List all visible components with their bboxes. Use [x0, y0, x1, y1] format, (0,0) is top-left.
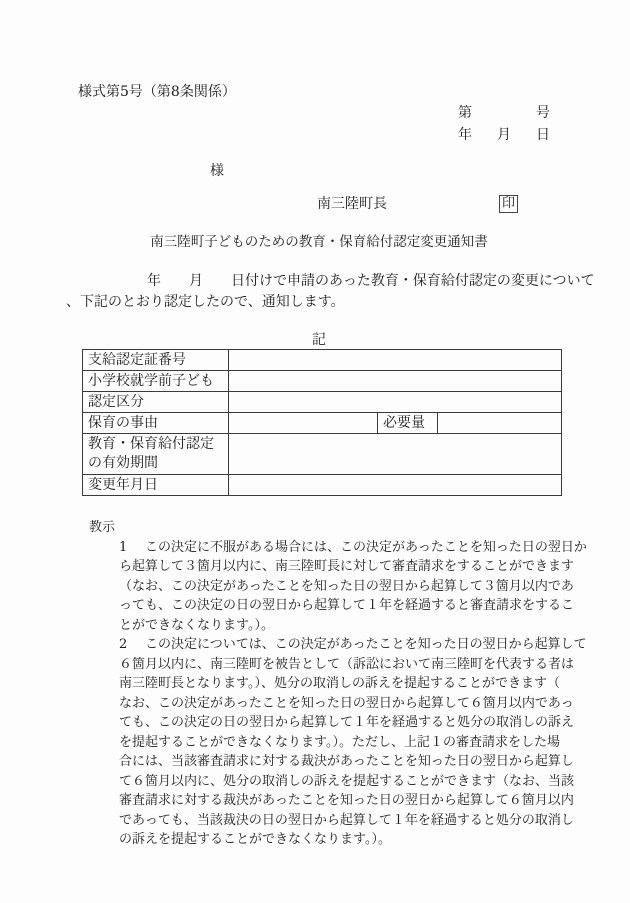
date-month-label: 月	[497, 124, 511, 146]
addressee-line: 様	[210, 162, 560, 180]
note-line: 審査請求に対する裁決があったことを知った日の翌日から起算して６箇月以内	[119, 791, 560, 811]
note-line: であっても、当該裁決の日の翌日から起算して１年を経過すると処分の取消し	[119, 811, 560, 831]
document-title: 南三陸町子どものための教育・保育給付認定変更通知書	[78, 233, 560, 251]
row-label: 認定区分	[83, 392, 229, 413]
form-number: 様式第5号（第8条関係）	[78, 84, 560, 100]
addressee-suffix: 様	[210, 163, 224, 179]
body-line-2: 、下記のとおり認定したので、通知します。	[66, 292, 560, 313]
note-line: 2この決定については、この決定があったことを知った日の翌日から起算して	[119, 635, 560, 655]
doc-number-suffix: 号	[536, 102, 550, 124]
note-line: 合には、当該審査請求に対する裁決があったことを知った日の翌日から起算し	[119, 752, 560, 772]
table-row-preschool-child: 小学校就学前子ども	[83, 371, 562, 392]
date-day-label: 日	[536, 124, 550, 146]
note-line: の訴えを提起することができなくなります。）。	[119, 830, 560, 850]
table-row-certificate-number: 支給認定証番号	[83, 350, 562, 371]
doc-number-line: 第 号	[458, 102, 550, 124]
date-line: 年 月 日	[458, 124, 550, 146]
row-label: 支給認定証番号	[83, 350, 229, 371]
document-page: 様式第5号（第8条関係） 第 号 年 月 日 様 南三陸町長 印 南三陸町子ども…	[0, 0, 630, 903]
doc-header: 第 号 年 月 日	[458, 102, 550, 146]
sender-title: 南三陸町長	[317, 195, 387, 213]
note-line: て６箇月以内に、処分の取消しの訴えを提起することができます（なお、当該	[119, 772, 560, 792]
row-value	[229, 434, 562, 475]
notes-section: 教示 1この決定に不服がある場合には、この決定があったことを知った日の翌日か ら…	[78, 518, 560, 850]
note-line: ても、この決定の日の翌日から起算して１年を経過すると処分の取消しの訴え	[119, 713, 560, 733]
row-value	[229, 413, 378, 434]
note-line: を提起することができなくなります。）。ただし、上記１の審査請求をした場	[119, 733, 560, 753]
row-label: 教育・保育給付認定の有効期間	[83, 434, 229, 475]
table-row-valid-period: 教育・保育給付認定の有効期間	[83, 434, 562, 475]
notes-heading: 教示	[89, 518, 560, 538]
seal-stamp: 印	[499, 195, 518, 213]
table-row-certification-category: 認定区分	[83, 392, 562, 413]
date-year-label: 年	[458, 124, 472, 146]
note-line: ６箇月以内に、南三陸町を被告として（訴訟において南三陸町を代表する者は	[119, 655, 560, 675]
body-line-1: 年 月 日付けで申請のあった教育・保育給付認定の変更について	[78, 271, 560, 292]
row-value	[229, 371, 562, 392]
row-sub-value	[438, 413, 562, 434]
note-line: 1この決定に不服がある場合には、この決定があったことを知った日の翌日か	[119, 538, 560, 558]
note-text: この決定については、この決定があったことを知った日の翌日から起算して	[145, 637, 587, 652]
table-row-childcare-reason: 保育の事由 必要量	[83, 413, 562, 434]
note-line: っても、この決定の日の翌日から起算して１年を経過すると審査請求をするこ	[119, 596, 560, 616]
doc-number-prefix: 第	[458, 102, 472, 124]
body-paragraph: 年 月 日付けで申請のあった教育・保育給付認定の変更について 、下記のとおり認定…	[78, 271, 560, 313]
row-value	[229, 392, 562, 413]
table-row-change-date: 変更年月日	[83, 475, 562, 496]
note-number: 1	[119, 538, 145, 558]
note-number: 2	[119, 635, 145, 655]
row-value	[229, 350, 562, 371]
sender-line: 南三陸町長 印	[317, 195, 560, 213]
note-text: この決定に不服がある場合には、この決定があったことを知った日の翌日か	[145, 540, 587, 555]
record-marker: 記	[78, 331, 560, 349]
note-line: （なお、この決定があったことを知った日の翌日から起算して３箇月以内であ	[119, 577, 560, 597]
row-value	[229, 475, 562, 496]
row-label: 保育の事由	[83, 413, 229, 434]
row-label: 小学校就学前子ども	[83, 371, 229, 392]
note-line: 南三陸町長となります。）、処分の取消しの訴えを提起することができます（	[119, 674, 560, 694]
note-item-1: 1この決定に不服がある場合には、この決定があったことを知った日の翌日か ら起算し…	[119, 538, 560, 636]
row-label: 変更年月日	[83, 475, 229, 496]
note-line: ら起算して３箇月以内に、南三陸町長に対して審査請求をすることができます	[119, 557, 560, 577]
note-line: なお、この決定があったことを知った日の翌日から起算して６箇月以内であっ	[119, 694, 560, 714]
certification-table: 支給認定証番号 小学校就学前子ども 認定区分 保育の事由 必要量 教育・保育給付…	[82, 349, 562, 496]
row-sub-label: 必要量	[378, 413, 438, 434]
note-line: とができなくなります。）。	[119, 616, 560, 636]
note-item-2: 2この決定については、この決定があったことを知った日の翌日から起算して ６箇月以…	[119, 635, 560, 850]
